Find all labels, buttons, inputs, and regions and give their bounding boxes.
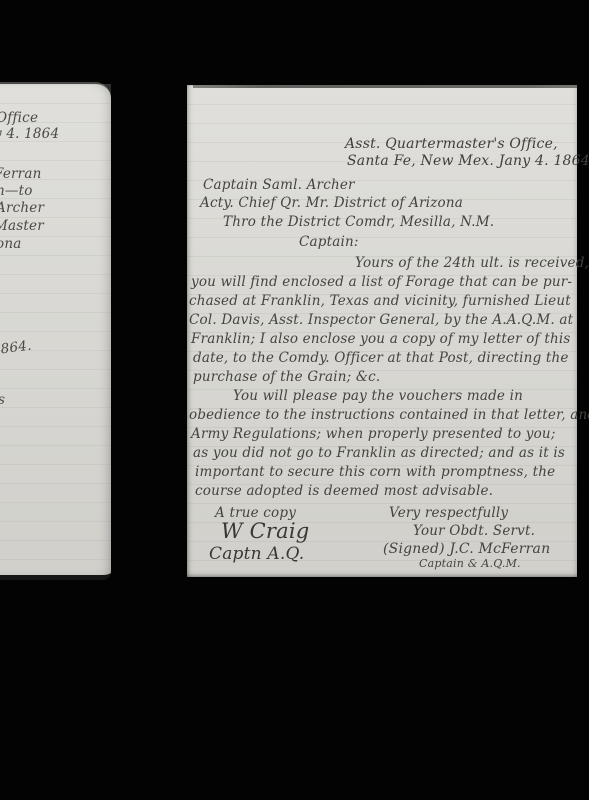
left-fragment-line: Office (0, 112, 38, 126)
letter-heading-dateline: Santa Fe, New Mex. Jany 4. 1864. (347, 154, 589, 168)
left-fragment-line: Archer (0, 202, 44, 216)
letter-page: Asst. Quartermaster's Office, Santa Fe, … (187, 85, 577, 577)
left-fragment-line: 1864. (0, 340, 32, 358)
letter-body-line: important to secure this corn with promp… (195, 466, 555, 480)
letter-body-line: Col. Davis, Asst. Inspector General, by … (189, 314, 573, 328)
left-fragment-line: Master (0, 220, 44, 234)
letter-body-line: course adopted is deemed most advisable. (195, 485, 493, 499)
left-page-ruling (0, 84, 111, 575)
attestation-signature-title: Captn A.Q. (209, 546, 304, 563)
left-partial-page: Office y 4. 1864 Ferran n—to Archer Mast… (0, 82, 111, 580)
left-fragment-line: n—to (0, 185, 33, 199)
letter-salutation: Captain: (299, 236, 359, 250)
left-fragment-line: s (0, 394, 5, 408)
letter-body-line: obedience to the instructions contained … (189, 409, 589, 423)
letter-body-line: Franklin; I also enclose you a copy of m… (191, 333, 570, 347)
letter-body-line: date, to the Comdy. Officer at that Post… (193, 352, 569, 366)
closing-signed-name: (Signed) J.C. McFerran (383, 542, 550, 556)
letter-addressee-route: Thro the District Comdr, Mesilla, N.M. (223, 216, 494, 230)
letter-body-line: you will find enclosed a list of Forage … (191, 276, 572, 290)
letter-body-line: chased at Franklin, Texas and vicinity, … (189, 295, 571, 309)
left-fragment-line: Ferran (0, 168, 41, 182)
letter-body-line: Army Regulations; when properly presente… (191, 428, 556, 442)
letter-body-line: You will please pay the vouchers made in (233, 390, 523, 404)
attestation-signature: W Craig (221, 521, 309, 542)
letter-body-line: Yours of the 24th ult. is received, (355, 257, 589, 271)
letter-body-line: purchase of the Grain; &c. (193, 371, 380, 385)
closing-sign-off: Very respectfully (389, 507, 508, 521)
closing-servant: Your Obdt. Servt. (413, 525, 535, 539)
letter-heading-office: Asst. Quartermaster's Office, (345, 137, 558, 151)
letter-addressee-title: Acty. Chief Qr. Mr. District of Arizona (200, 197, 463, 211)
closing-signer-title: Captain & A.Q.M. (419, 558, 521, 569)
left-fragment-line: y 4. 1864 (0, 128, 59, 142)
left-fragment-line: ona (0, 238, 21, 252)
letter-body-line: as you did not go to Franklin as directe… (193, 447, 565, 461)
letter-addressee-name: Captain Saml. Archer (203, 179, 355, 193)
